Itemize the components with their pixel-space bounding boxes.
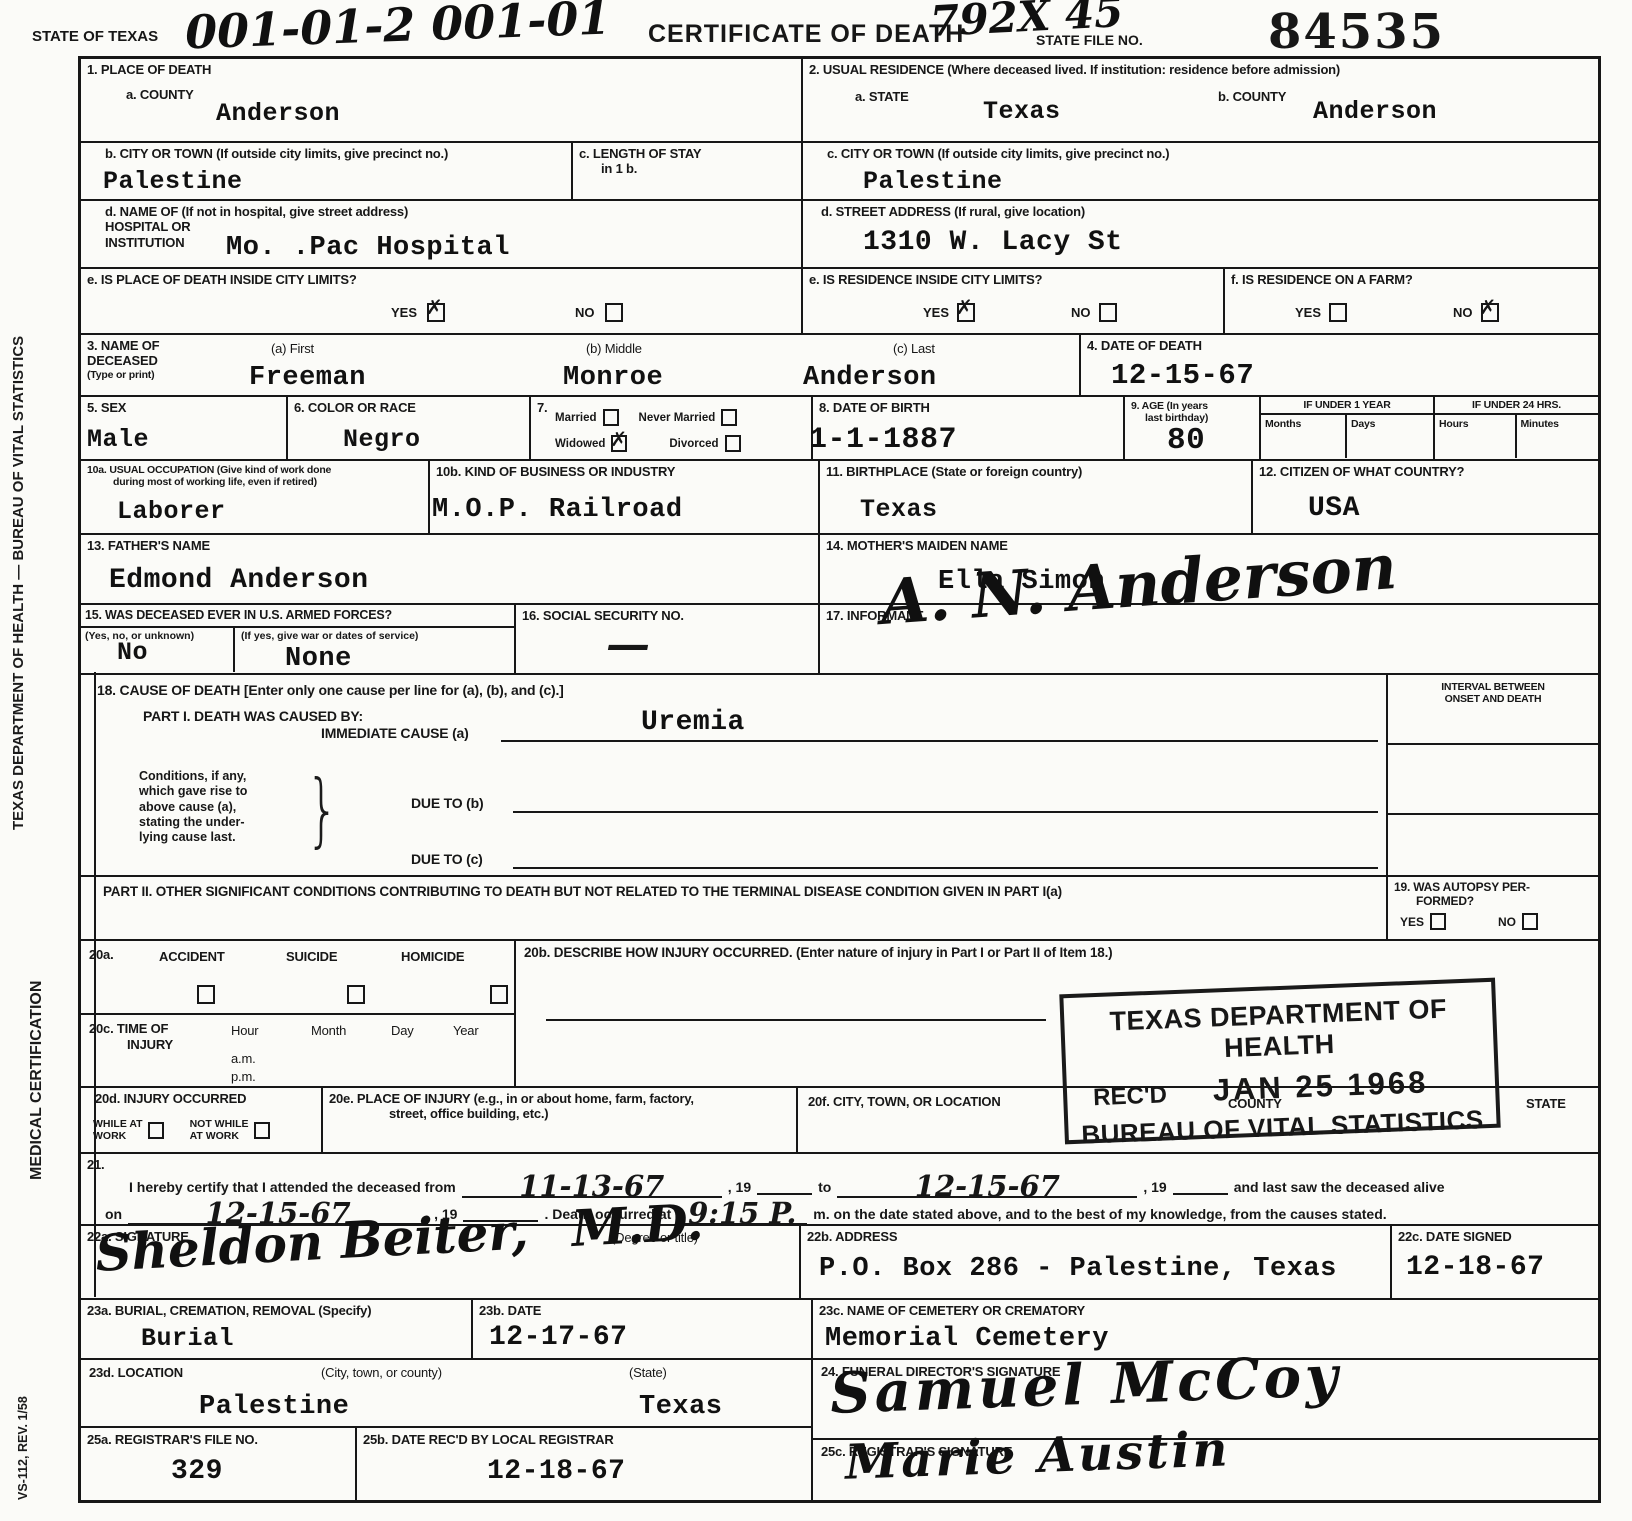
year-blank (463, 1206, 538, 1222)
cert-text: . Death occurred at (544, 1206, 671, 1222)
last-name-label: (c) Last (893, 341, 935, 356)
field-10a-usual-occupation: 10a. USUAL OCCUPATION (Give kind of work… (81, 461, 430, 533)
field-22b-value: P.O. Box 286 - Palestine, Texas (819, 1254, 1337, 1284)
yes-label: YES (923, 305, 949, 320)
field-8-date-of-birth: 8. DATE OF BIRTH 1-1-1887 (813, 397, 1125, 459)
registrar-file-row: 25a. REGISTRAR'S FILE NO. 329 25b. DATE … (81, 1428, 811, 1500)
field-1b-city-value: Palestine (103, 167, 243, 196)
field-label: 20b. DESCRIBE HOW INJURY OCCURRED. (Ente… (524, 945, 1590, 961)
row-2: b. CITY OR TOWN (If outside city limits,… (81, 143, 1598, 201)
field-14-mothers-maiden-name: 14. MOTHER'S MAIDEN NAME Ella Simon (820, 535, 1598, 603)
field-6-value: Negro (343, 425, 421, 454)
check-mark: ✗ (956, 295, 973, 319)
field-18-cause-of-death: 18. CAUSE OF DEATH [Enter only one cause… (81, 675, 1388, 875)
checkbox-divorced (725, 435, 741, 452)
field-label: 23c. NAME OF CEMETERY OR CREMATORY (819, 1303, 1592, 1318)
yes-no-options: YES NO (1400, 913, 1538, 930)
armed-forces-answer: (Yes, no, or unknown) No (81, 628, 235, 672)
field-label: 23d. LOCATION (89, 1365, 183, 1380)
field-17-informant: 17. INFORMANT (820, 605, 1598, 673)
field-25c-registrar-signature: 25c. REGISTRAR'S SIGNATURE (813, 1440, 1598, 1500)
time-of-death: 9:15 P. (677, 1203, 807, 1225)
state-of-texas-label: STATE OF TEXAS (32, 28, 158, 45)
field-1e-inside-city-limits: e. IS PLACE OF DEATH INSIDE CITY LIMITS?… (81, 269, 803, 333)
certification-line-1: I hereby certify that I attended the dec… (129, 1173, 1592, 1195)
field-23a-value: Burial (141, 1324, 234, 1353)
cert-text: m. on the date stated above, and to the … (813, 1206, 1386, 1222)
certification-line-2: on 12-15-67 , 19 . Death occurred at 9:1… (105, 1200, 1592, 1222)
stamp-recd-label: REC'D (1093, 1081, 1168, 1112)
am-label: a.m. (231, 1051, 255, 1066)
row-11: PART II. OTHER SIGNIFICANT CONDITIONS CO… (81, 877, 1598, 941)
field-4-value: 12-15-67 (1111, 359, 1254, 392)
field-2-usual-residence: 2. USUAL RESIDENCE (Where deceased lived… (803, 59, 1598, 141)
field-2b-county-label: b. COUNTY (1218, 89, 1286, 104)
death-certificate-scan: TEXAS DEPARTMENT OF HEALTH — BUREAU OF V… (0, 0, 1632, 1521)
interval-label-line2: ONSET AND DEATH (1388, 693, 1598, 705)
field-label-line2: INJURY (127, 1037, 173, 1052)
bottom-left-column: 23d. LOCATION (City, town, or county) (S… (81, 1360, 813, 1500)
field-11-birthplace: 11. BIRTHPLACE (State or foreign country… (820, 461, 1253, 533)
degree-or-title-label: (Degree or title) (611, 1230, 698, 1245)
pm-label: p.m. (231, 1069, 255, 1084)
while-at-work-label2: WORK (93, 1130, 143, 1142)
middle-name-label: (b) Middle (586, 341, 642, 356)
married-label: Married (555, 412, 597, 424)
check-mark: ✗ (1480, 295, 1497, 319)
under-1-year-label: IF UNDER 1 YEAR (1261, 397, 1433, 415)
received-stamp: TEXAS DEPARTMENT OF HEALTH REC'D JAN 25 … (1059, 978, 1500, 1145)
field-label: f. IS RESIDENCE ON A FARM? (1231, 272, 1592, 287)
marital-row-2: Widowed ✗ Divorced (555, 435, 741, 452)
field-label: 14. MOTHER'S MAIDEN NAME (826, 538, 1592, 553)
field-15-armed-forces: 15. WAS DECEASED EVER IN U.S. ARMED FORC… (81, 605, 516, 673)
field-label: 10a. USUAL OCCUPATION (Give kind of work… (87, 464, 422, 476)
due-to-b-line (513, 811, 1378, 813)
accident-label: ACCIDENT (159, 949, 225, 964)
field-20e-place-of-injury: 20e. PLACE OF INJURY (e.g., in or about … (323, 1088, 798, 1152)
field-22a-signature: 22a. SIGNATURE (Degree or title) (81, 1226, 801, 1298)
day-label: Day (391, 1023, 414, 1038)
field-label: 15. WAS DECEASED EVER IN U.S. ARMED FORC… (81, 605, 514, 628)
field-label: d. STREET ADDRESS (If rural, give locati… (821, 204, 1592, 219)
field-2a-state-value: Texas (983, 97, 1061, 126)
field-18-part-2: PART II. OTHER SIGNIFICANT CONDITIONS CO… (81, 877, 1388, 939)
bottom-right-column: 24. FUNERAL DIRECTOR'S SIGNATURE 25c. RE… (813, 1360, 1598, 1500)
field-15-service-value: None (285, 644, 352, 674)
due-to-c-label: DUE TO (c) (411, 851, 483, 868)
field-label: 5. SEX (87, 400, 280, 415)
row-4: e. IS PLACE OF DEATH INSIDE CITY LIMITS?… (81, 269, 1598, 335)
field-22b-address: 22b. ADDRESS P.O. Box 286 - Palestine, T… (801, 1226, 1392, 1298)
field-1a-county-value: Anderson (216, 99, 340, 128)
field-label-line2: FORMED? (1416, 894, 1592, 908)
field-25b-value: 12-18-67 (487, 1456, 625, 1487)
field-7-marital-status: 7. Married Never Married Widowed ✗ Divor… (531, 397, 813, 459)
checkbox-1e-yes: ✗ (427, 303, 445, 322)
sub-label: (Yes, no, or unknown) (85, 630, 229, 642)
state-file-number: 84535 (1268, 4, 1445, 60)
certificate-form: 1. PLACE OF DEATH a. COUNTY Anderson 2. … (78, 56, 1601, 1503)
row-8: 13. FATHER'S NAME Edmond Anderson 14. MO… (81, 535, 1598, 605)
checkbox-accident (197, 985, 215, 1004)
field-20c-time-of-injury: 20c. TIME OF INJURY Hour Month Day Year … (81, 1015, 514, 1086)
field-label: 12. CITIZEN OF WHAT COUNTRY? (1259, 464, 1592, 479)
while-at-work-label: WHILE AT (93, 1118, 143, 1130)
field-4-date-of-death: 4. DATE OF DEATH 12-15-67 (1081, 335, 1598, 395)
suicide-label: SUICIDE (286, 949, 337, 964)
row-16: 22a. SIGNATURE (Degree or title) 22b. AD… (81, 1226, 1598, 1300)
field-21-certification: 21. I hereby certify that I attended the… (81, 1154, 1598, 1224)
row-10-cause-of-death: 18. CAUSE OF DEATH [Enter only one cause… (81, 675, 1598, 877)
yes-no-options: YES ✗ NO (391, 303, 623, 322)
middle-name-value: Monroe (563, 363, 663, 393)
row-7: 10a. USUAL OCCUPATION (Give kind of work… (81, 461, 1598, 535)
part-1-label: PART I. DEATH WAS CAUSED BY: (143, 708, 363, 725)
margin-form-number: VS-112, REV. 1/58 (16, 1330, 30, 1500)
under-1-year-columns: Months Days (1261, 415, 1433, 458)
check-mark: ✗ (610, 427, 627, 451)
field-15-value: No (117, 638, 148, 667)
field-20a-accident-suicide-homicide: 20a. ACCIDENT SUICIDE HOMICIDE (81, 941, 514, 1015)
no-label: NO (1498, 915, 1516, 929)
field-5-value: Male (87, 425, 149, 454)
certificate-title: CERTIFICATE OF DEATH (648, 20, 964, 49)
checkbox-autopsy-no (1522, 913, 1538, 930)
field-1d-hospital-name: d. NAME OF (If not in hospital, give str… (81, 201, 803, 267)
interval-divider (1388, 813, 1598, 815)
field-label: 1. PLACE OF DEATH (87, 62, 795, 77)
no-label: NO (1071, 305, 1091, 320)
field-24-funeral-director-signature: 24. FUNERAL DIRECTOR'S SIGNATURE (813, 1360, 1598, 1440)
field-label: 22b. ADDRESS (807, 1229, 1384, 1244)
stamp-date: JAN 25 1968 (1212, 1064, 1429, 1108)
field-label: 25c. REGISTRAR'S SIGNATURE (821, 1444, 1590, 1459)
attended-to-date: 12-15-67 (837, 1176, 1137, 1198)
checkbox-2f-yes (1329, 303, 1347, 322)
row-9: 15. WAS DECEASED EVER IN U.S. ARMED FORC… (81, 605, 1598, 675)
work-options: WHILE AT WORK NOT WHILE AT WORK (93, 1118, 270, 1142)
field-23c-value: Memorial Cemetery (825, 1324, 1109, 1354)
row-15-certification: 21. I hereby certify that I attended the… (81, 1154, 1598, 1226)
field-20d-injury-occurred: 20d. INJURY OCCURRED WHILE AT WORK NOT W… (81, 1088, 323, 1152)
field-label: 25b. DATE REC'D BY LOCAL REGISTRAR (363, 1432, 805, 1447)
immediate-cause-line (501, 740, 1378, 742)
field-11-value: Texas (860, 495, 938, 524)
not-while-at-work-label2: AT WORK (190, 1130, 249, 1142)
field-25b-date-recd: 25b. DATE REC'D BY LOCAL REGISTRAR 12-18… (357, 1428, 811, 1500)
field-12-citizen-of-country: 12. CITIZEN OF WHAT COUNTRY? USA (1253, 461, 1598, 533)
interval-between-onset-column: INTERVAL BETWEEN ONSET AND DEATH (1388, 675, 1598, 875)
field-label: 6. COLOR OR RACE (294, 400, 523, 415)
field-label: 16. SOCIAL SECURITY NO. (522, 608, 812, 623)
field-10b-value: M.O.P. Railroad (432, 495, 683, 525)
checkbox-not-while-at-work (254, 1122, 270, 1139)
cert-text: , 19 (434, 1206, 457, 1222)
field-label: 10b. KIND OF BUSINESS OR INDUSTRY (436, 464, 812, 479)
field-label: d. NAME OF (If not in hospital, give str… (105, 204, 795, 219)
field-label: e. IS RESIDENCE INSIDE CITY LIMITS? (809, 272, 1217, 287)
under-24-hrs-columns: Hours Minutes (1435, 415, 1598, 458)
cert-text: , 19 (1143, 1179, 1166, 1195)
field-label: 4. DATE OF DEATH (1087, 338, 1592, 353)
field-sublabel: in 1 b. (601, 161, 795, 176)
checkbox-autopsy-yes (1430, 913, 1446, 930)
injury-left-column: 20a. ACCIDENT SUICIDE HOMICIDE 20c. TIME… (81, 941, 516, 1086)
field-label: c. LENGTH OF STAY (579, 146, 795, 161)
checkbox-never-married (721, 409, 737, 426)
field-label: b. CITY OR TOWN (If outside city limits,… (105, 146, 565, 161)
conditions-brace: } (306, 763, 339, 856)
field-16-social-security-no: 16. SOCIAL SECURITY NO. — (516, 605, 820, 673)
field-2b-county-value: Anderson (1313, 97, 1437, 126)
field-14-value: Ella Simon (938, 567, 1105, 597)
no-label: NO (1453, 305, 1473, 320)
field-23d-city-value: Palestine (199, 1392, 349, 1422)
field-if-under-24-hrs: IF UNDER 24 HRS. Hours Minutes (1435, 397, 1598, 459)
field-label: 18. CAUSE OF DEATH [Enter only one cause… (97, 682, 564, 699)
conditions-note: Conditions, if any, which gave rise to a… (139, 769, 309, 845)
field-2f-residence-on-farm: f. IS RESIDENCE ON A FARM? YES NO ✗ (1225, 269, 1598, 333)
homicide-label: HOMICIDE (401, 949, 464, 964)
yes-no-options: YES NO ✗ (1295, 303, 1499, 322)
minutes-label: Minutes (1517, 415, 1599, 458)
field-label: 22c. DATE SIGNED (1398, 1229, 1592, 1244)
last-name-value: Anderson (803, 363, 937, 393)
field-2d-street-value: 1310 W. Lacy St (863, 227, 1123, 258)
field-2d-street-address: d. STREET ADDRESS (If rural, give locati… (803, 201, 1598, 267)
field-9-value: 80 (1167, 423, 1205, 458)
row-6: 5. SEX Male 6. COLOR OR RACE Negro 7. Ma… (81, 397, 1598, 461)
field-label: 24. FUNERAL DIRECTOR'S SIGNATURE (821, 1364, 1590, 1379)
field-label: 8. DATE OF BIRTH (819, 400, 1117, 415)
field-3-name-of-deceased: 3. NAME OF DECEASED (Type or print) (a) … (81, 335, 1081, 395)
never-married-label: Never Married (639, 412, 716, 424)
hours-label: Hours (1435, 415, 1517, 458)
field-label: 23a. BURIAL, CREMATION, REMOVAL (Specify… (87, 1303, 465, 1318)
field-2a-state-label: a. STATE (855, 89, 909, 104)
field-23d-state-value: Texas (639, 1392, 723, 1422)
immediate-cause-label: IMMEDIATE CAUSE (a) (321, 725, 469, 742)
row-18-bottom: 23d. LOCATION (City, town, or county) (S… (81, 1360, 1598, 1500)
state-file-no-label: STATE FILE NO. (1036, 32, 1143, 48)
medical-section-inner-border (94, 672, 96, 1297)
field-label: 13. FATHER'S NAME (87, 538, 812, 553)
field-22c-date-signed: 22c. DATE SIGNED 12-18-67 (1392, 1226, 1598, 1298)
city-town-county-sublabel: (City, town, or county) (321, 1365, 442, 1380)
cert-text: on (105, 1206, 122, 1222)
field-label: 20a. (89, 947, 114, 962)
field-1c-length-of-stay: c. LENGTH OF STAY in 1 b. (573, 143, 803, 199)
margin-medical-certification-text: MEDICAL CERTIFICATION (28, 850, 46, 1180)
field-label: 9. AGE (In years (1131, 400, 1253, 412)
field-2c-city-or-town: c. CITY OR TOWN (If outside city limits,… (803, 143, 1598, 199)
field-label: 20e. PLACE OF INJURY (e.g., in or about … (329, 1091, 790, 1106)
handwritten-registration-code: 001-01-2 001-01 (184, 0, 611, 59)
field-23a-burial-cremation: 23a. BURIAL, CREMATION, REMOVAL (Specify… (81, 1300, 473, 1358)
row-1: 1. PLACE OF DEATH a. COUNTY Anderson 2. … (81, 59, 1598, 143)
field-23b-date: 23b. DATE 12-17-67 (473, 1300, 813, 1358)
hour-label: Hour (231, 1023, 258, 1038)
immediate-cause-value: Uremia (641, 707, 745, 738)
field-1b-city-or-town: b. CITY OR TOWN (If outside city limits,… (81, 143, 573, 199)
check-mark: ✗ (426, 295, 443, 319)
checkbox-widowed: ✗ (611, 435, 627, 452)
year-label: Year (453, 1023, 478, 1038)
while-at-work-option: WHILE AT WORK (93, 1118, 164, 1142)
field-13-fathers-name: 13. FATHER'S NAME Edmond Anderson (81, 535, 820, 603)
due-to-c-line (513, 867, 1378, 869)
field-25a-value: 329 (171, 1456, 223, 1487)
field-label: 2. USUAL RESIDENCE (Where deceased lived… (809, 62, 1592, 77)
field-label: e. IS PLACE OF DEATH INSIDE CITY LIMITS? (87, 272, 795, 287)
field-12-value: USA (1308, 493, 1360, 524)
cert-text: and last saw the deceased alive (1234, 1179, 1445, 1195)
field-25a-registrars-file-no: 25a. REGISTRAR'S FILE NO. 329 (81, 1428, 357, 1500)
due-to-b-label: DUE TO (b) (411, 795, 483, 812)
field-5-sex: 5. SEX Male (81, 397, 288, 459)
field-label: 19. WAS AUTOPSY PER- (1394, 880, 1592, 894)
not-while-at-work-option: NOT WHILE AT WORK (190, 1118, 270, 1142)
days-label: Days (1347, 415, 1433, 458)
cert-text: I hereby certify that I attended the dec… (129, 1179, 456, 1195)
year-blank (757, 1179, 812, 1195)
row-3: d. NAME OF (If not in hospital, give str… (81, 201, 1598, 269)
field-label-line2: during most of working life, even if ret… (113, 476, 422, 488)
field-19-autopsy: 19. WAS AUTOPSY PER- FORMED? YES NO (1388, 877, 1598, 939)
checkbox-2e-yes: ✗ (957, 303, 975, 322)
stamp-line-1: TEXAS DEPARTMENT OF HEALTH (1064, 992, 1494, 1070)
checkbox-homicide (490, 985, 508, 1004)
field-label: c. CITY OR TOWN (If outside city limits,… (827, 146, 1592, 161)
row-17: 23a. BURIAL, CREMATION, REMOVAL (Specify… (81, 1300, 1598, 1360)
widowed-label: Widowed (555, 438, 605, 450)
under-24-hrs-label: IF UNDER 24 HRS. (1435, 397, 1598, 415)
month-label: Month (311, 1023, 346, 1038)
last-seen-date: 12-15-67 (128, 1203, 428, 1225)
interval-divider (1388, 743, 1598, 745)
divorced-label: Divorced (669, 438, 718, 450)
state-sublabel: (State) (629, 1365, 667, 1380)
field-label-line2: street, office building, etc.) (389, 1106, 790, 1121)
row-5: 3. NAME OF DECEASED (Type or print) (a) … (81, 335, 1598, 397)
no-label: NO (575, 305, 595, 320)
months-label: Months (1261, 415, 1347, 458)
field-2c-city-value: Palestine (863, 167, 1003, 196)
checkbox-while-at-work (148, 1122, 164, 1139)
margin-department-text: TEXAS DEPARTMENT OF HEALTH — BUREAU OF V… (10, 190, 27, 830)
checkbox-2f-no: ✗ (1481, 303, 1499, 322)
first-name-label: (a) First (271, 341, 314, 356)
field-16-value: — (606, 619, 646, 670)
checkbox-2e-no (1099, 303, 1117, 322)
field-13-value: Edmond Anderson (109, 565, 369, 596)
field-label: 20d. INJURY OCCURRED (95, 1091, 315, 1106)
field-23c-cemetery-name: 23c. NAME OF CEMETERY OR CREMATORY Memor… (813, 1300, 1598, 1358)
year-blank (1173, 1179, 1228, 1195)
field-2e-residence-inside-city: e. IS RESIDENCE INSIDE CITY LIMITS? YES … (803, 269, 1225, 333)
field-label: 17. INFORMANT (826, 608, 1592, 623)
checkbox-1e-no (605, 303, 623, 322)
field-9-age: 9. AGE (In years last birthday) 80 (1125, 397, 1261, 459)
cert-text: , 19 (728, 1179, 751, 1195)
yes-label: YES (1295, 305, 1321, 320)
field-if-under-1-year: IF UNDER 1 YEAR Months Days (1261, 397, 1435, 459)
checkbox-married (603, 409, 619, 426)
answer-line (546, 1019, 1046, 1021)
interval-label-line1: INTERVAL BETWEEN (1388, 675, 1598, 693)
first-name-value: Freeman (249, 363, 366, 393)
field-6-color-or-race: 6. COLOR OR RACE Negro (288, 397, 531, 459)
field-8-value: 1-1-1887 (809, 423, 957, 457)
state-label: STATE (1526, 1096, 1566, 1111)
not-while-at-work-label: NOT WHILE (190, 1118, 249, 1130)
field-23b-value: 12-17-67 (489, 1322, 627, 1353)
field-10b-business-industry: 10b. KIND OF BUSINESS OR INDUSTRY M.O.P.… (430, 461, 820, 533)
armed-forces-subcells: (Yes, no, or unknown) No (If yes, give w… (81, 628, 514, 672)
field-1d-hospital-value: Mo. .Pac Hospital (226, 233, 510, 263)
field-1-place-of-death: 1. PLACE OF DEATH a. COUNTY Anderson (81, 59, 803, 141)
field-10a-value: Laborer (117, 497, 226, 526)
cert-text: to (818, 1179, 831, 1195)
armed-forces-service: (If yes, give war or dates of service) N… (235, 628, 514, 672)
field-label: 25a. REGISTRAR'S FILE NO. (87, 1432, 349, 1447)
sub-label: (If yes, give war or dates of service) (241, 630, 508, 642)
checkbox-suicide (347, 985, 365, 1004)
yes-label: YES (391, 305, 417, 320)
yes-label: YES (1400, 915, 1424, 929)
field-label: 23b. DATE (479, 1303, 805, 1318)
field-1a-county-label: a. COUNTY (126, 87, 194, 102)
yes-no-options: YES ✗ NO (923, 303, 1117, 322)
marital-row-1: Married Never Married (555, 409, 737, 426)
field-label: 20f. CITY, TOWN, OR LOCATION (808, 1094, 1001, 1109)
field-22c-value: 12-18-67 (1406, 1252, 1544, 1283)
part-2-label: PART II. OTHER SIGNIFICANT CONDITIONS CO… (103, 884, 1380, 900)
field-label: 20c. TIME OF (89, 1021, 168, 1036)
attended-from-date: 11-13-67 (462, 1176, 722, 1198)
field-label: 11. BIRTHPLACE (State or foreign country… (826, 464, 1245, 479)
field-23d-location: 23d. LOCATION (City, town, or county) (S… (81, 1360, 811, 1428)
